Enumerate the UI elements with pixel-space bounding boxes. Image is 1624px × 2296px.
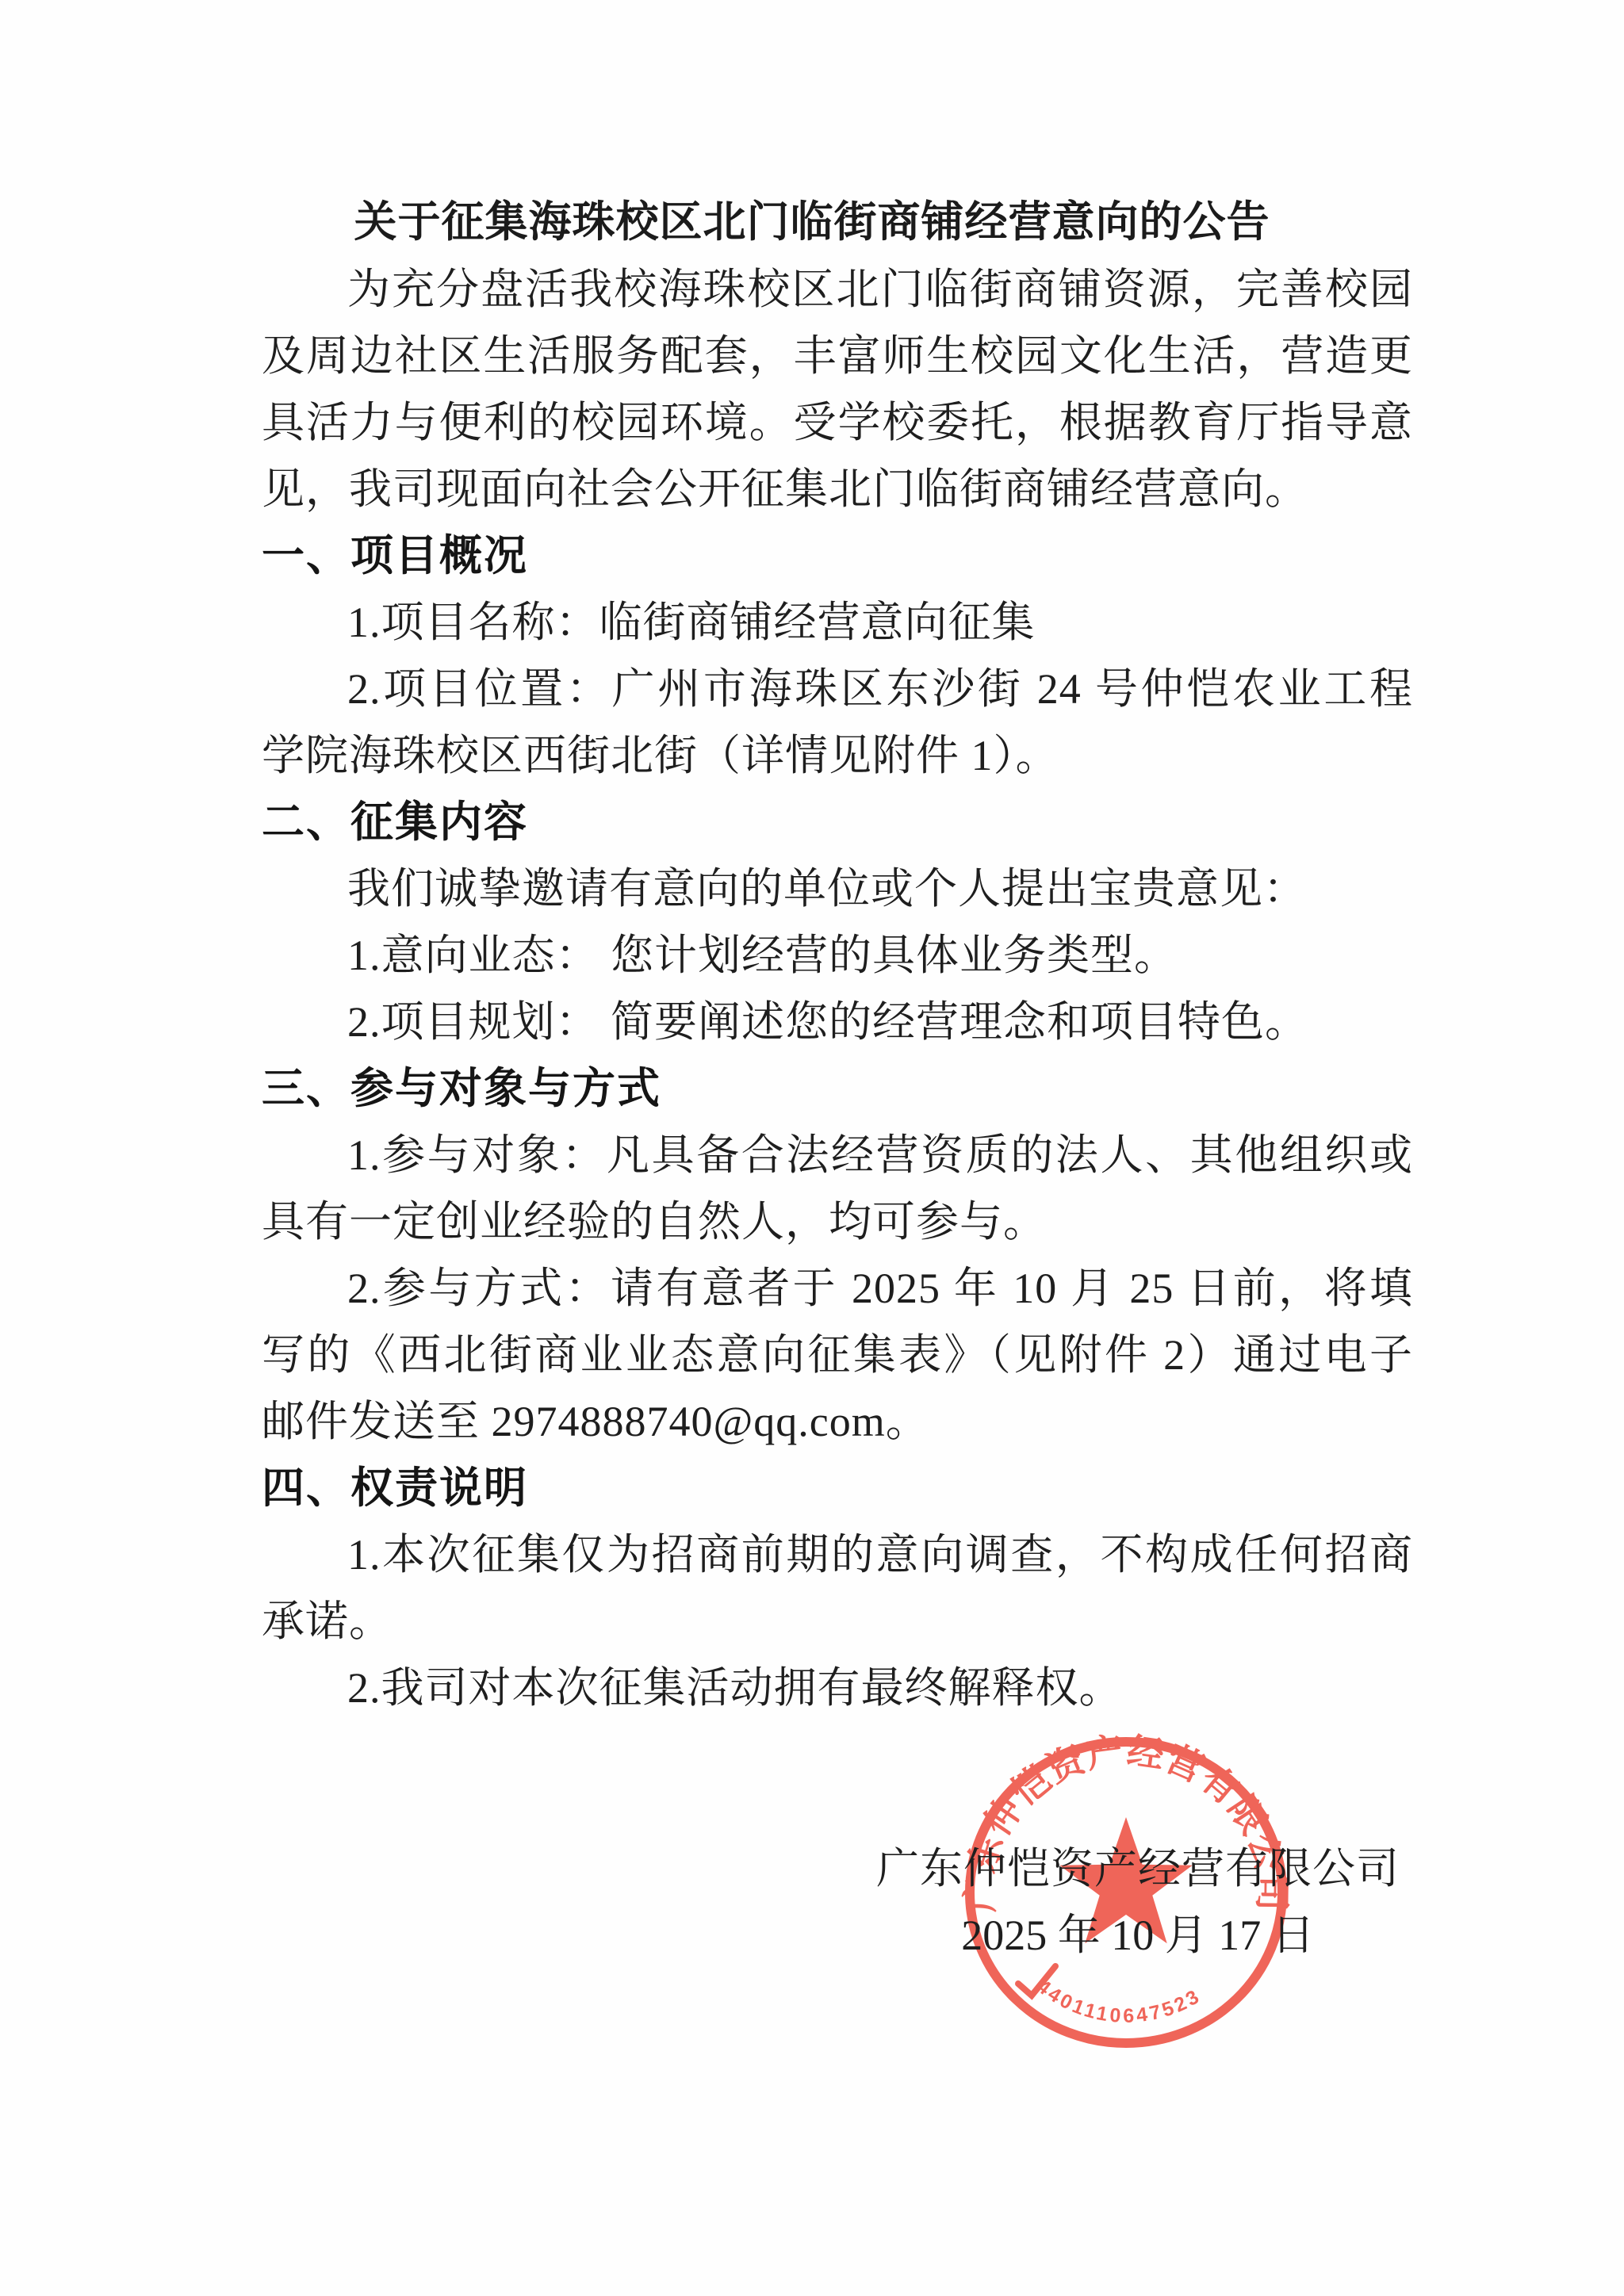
- announcement-page: 关于征集海珠校区北门临街商铺经营意向的公告 为充分盘活我校海珠校区北门临街商铺资…: [0, 0, 1624, 2296]
- body-line: 2.参与方式：请有意者于 2025 年 10 月 25 日前，将填: [262, 1255, 1413, 1322]
- body-line: 我们诚挚邀请有意向的单位或个人提出宝贵意见：: [262, 855, 1413, 922]
- section-heading-1: 一、项目概况: [262, 522, 1413, 589]
- body-line: 见，我司现面向社会公开征集北门临街商铺经营意向。: [262, 456, 1413, 522]
- body-line: 邮件发送至 2974888740@qq.com。: [262, 1388, 1413, 1455]
- body-line: 具活力与便利的校园环境。受学校委托，根据教育厅指导意: [262, 389, 1413, 456]
- signature-company: 广东仲恺资产经营有限公司: [876, 1835, 1400, 1902]
- body-line: 学院海珠校区西街北街（详情见附件 1）。: [262, 722, 1413, 789]
- body-line: 1.参与对象：凡具备合法经营资质的法人、其他组织或: [262, 1122, 1413, 1188]
- page-title: 关于征集海珠校区北门临街商铺经营意向的公告: [0, 189, 1624, 255]
- section-heading-2: 二、征集内容: [262, 789, 1413, 855]
- body-line: 2.我司对本次征集活动拥有最终解释权。: [262, 1655, 1413, 1721]
- seal-code: 4401110647523: [1032, 1975, 1204, 2027]
- section-heading-3: 三、参与对象与方式: [262, 1055, 1413, 1122]
- body-line: 2.项目位置：广州市海珠区东沙街 24 号仲恺农业工程: [262, 656, 1413, 722]
- body-line: 承诺。: [262, 1588, 1413, 1655]
- body-line: 2.项目规划： 简要阐述您的经营理念和项目特色。: [262, 989, 1413, 1055]
- signature-date: 2025 年 10 月 17 日: [876, 1902, 1400, 1969]
- body-line: 写的《西北街商业业态意向征集表》（见附件 2）通过电子: [262, 1322, 1413, 1388]
- section-heading-4: 四、权责说明: [262, 1455, 1413, 1521]
- signature-block: 广东仲恺资产经营有限公司 2025 年 10 月 17 日: [876, 1835, 1400, 1969]
- body-line: 及周边社区生活服务配套，丰富师生校园文化生活，营造更: [262, 323, 1413, 389]
- document-body: 为充分盘活我校海珠校区北门临街商铺资源，完善校园 及周边社区生活服务配套，丰富师…: [262, 256, 1413, 1721]
- body-line: 1.本次征集仅为招商前期的意向调查，不构成任何招商: [262, 1521, 1413, 1588]
- body-line: 1.项目名称：临街商铺经营意向征集: [262, 589, 1413, 656]
- body-line: 1.意向业态： 您计划经营的具体业务类型。: [262, 922, 1413, 989]
- body-line: 为充分盘活我校海珠校区北门临街商铺资源，完善校园: [262, 256, 1413, 323]
- body-line: 具有一定创业经验的自然人，均可参与。: [262, 1188, 1413, 1255]
